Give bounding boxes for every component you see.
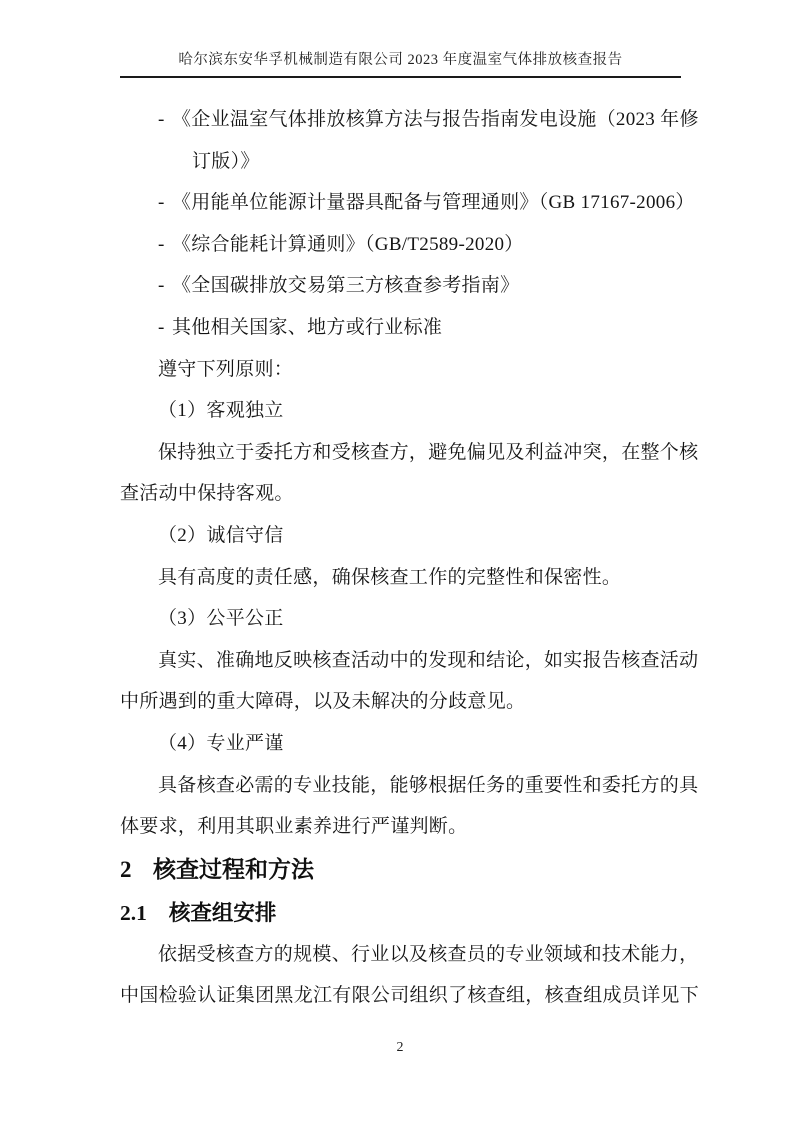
- document-page: 哈尔滨东安华孚机械制造有限公司 2023 年度温室气体排放核查报告 -《企业温室…: [0, 0, 800, 1130]
- reference-list-item: -《企业温室气体排放核算方法与报告指南发电设施（2023 年修: [120, 99, 680, 141]
- paragraph-line: 真实、准确地反映核查活动中的发现和结论，如实报告核查活动: [120, 640, 680, 682]
- reference-list-item: -《用能单位能源计量器具配备与管理通则》（GB 17167-2006）: [120, 182, 680, 224]
- paragraph-line: 具备核查必需的专业技能，能够根据任务的重要性和委托方的具: [120, 765, 680, 807]
- principle-title: （1）客观独立: [120, 390, 680, 432]
- section-heading-2: 2核查过程和方法: [120, 848, 680, 892]
- section-number: 2.1: [120, 892, 147, 934]
- section-title: 核查过程和方法: [153, 857, 314, 882]
- section-title: 核查组安排: [169, 901, 277, 925]
- bullet-dash: -: [158, 224, 172, 266]
- reference-text: 《用能单位能源计量器具配备与管理通则》（GB 17167-2006）: [172, 192, 695, 213]
- reference-text: 其他相关国家、地方或行业标准: [172, 317, 442, 338]
- section-number: 2: [120, 848, 132, 892]
- paragraph-line: 中所遇到的重大障碍，以及未解决的分歧意见。: [120, 681, 680, 723]
- paragraph-line: 查活动中保持客观。: [120, 473, 680, 515]
- reference-list-item: -《全国碳排放交易第三方核查参考指南》: [120, 265, 680, 307]
- paragraph-line: 遵守下列原则：: [120, 349, 680, 391]
- paragraph-line: 中国检验认证集团黑龙江有限公司组织了核查组，核查组成员详见下: [120, 975, 680, 1017]
- reference-text: 《综合能耗计算通则》（GB/T2589-2020）: [172, 234, 524, 255]
- page-header-title: 哈尔滨东安华孚机械制造有限公司 2023 年度温室气体排放核查报告: [178, 52, 622, 68]
- reference-text: 《全国碳排放交易第三方核查参考指南》: [172, 275, 519, 296]
- reference-list-item: -《综合能耗计算通则》（GB/T2589-2020）: [120, 224, 680, 266]
- page-footer: 2: [0, 1038, 800, 1058]
- bullet-dash: -: [158, 265, 172, 307]
- section-heading-2-1: 2.1核查组安排: [120, 892, 680, 934]
- principle-title: （2）诚信守信: [120, 515, 680, 557]
- reference-text: 订版）》: [192, 151, 260, 172]
- page-number: 2: [397, 1040, 404, 1055]
- bullet-dash: -: [158, 182, 172, 224]
- paragraph-line: 保持独立于委托方和受核查方，避免偏见及利益冲突，在整个核: [120, 432, 680, 474]
- principle-title: （4）专业严谨: [120, 723, 680, 765]
- reference-text-wrap: 订版）》: [120, 141, 680, 183]
- bullet-dash: -: [158, 99, 172, 141]
- bullet-dash: -: [158, 307, 172, 349]
- principle-title: （3）公平公正: [120, 598, 680, 640]
- paragraph-line: 依据受核查方的规模、行业以及核查员的专业领域和技术能力，: [120, 934, 680, 976]
- reference-list-item: -其他相关国家、地方或行业标准: [120, 307, 680, 349]
- reference-text: 《企业温室气体排放核算方法与报告指南发电设施（2023 年修: [172, 109, 699, 130]
- paragraph-line: 具有高度的责任感，确保核查工作的完整性和保密性。: [120, 557, 680, 599]
- document-body: -《企业温室气体排放核算方法与报告指南发电设施（2023 年修 订版）》 -《用…: [120, 99, 680, 1017]
- paragraph-line: 体要求，利用其职业素养进行严谨判断。: [120, 806, 680, 848]
- page-header: 哈尔滨东安华孚机械制造有限公司 2023 年度温室气体排放核查报告: [120, 50, 681, 78]
